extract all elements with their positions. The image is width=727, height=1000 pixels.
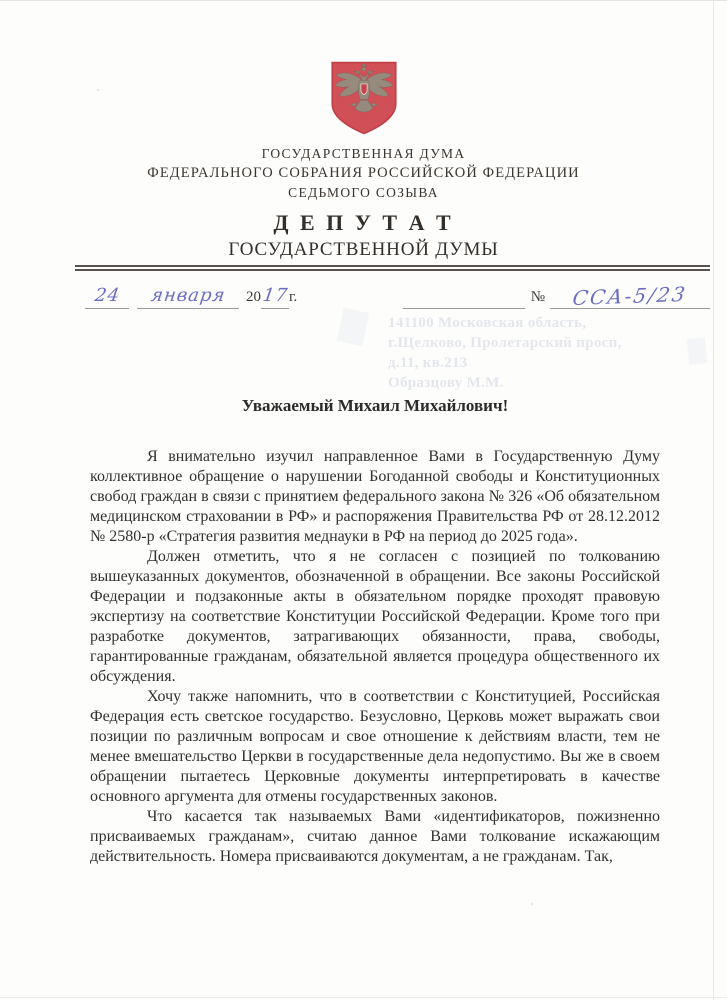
coat-of-arms-of-russia-icon (326, 61, 402, 135)
paragraph-2: Должен отметить, что я не согласен с поз… (90, 547, 660, 687)
scan-speck (97, 89, 99, 91)
bleedthrough-line: г.Щелково, Пролетарский просп, (388, 333, 668, 353)
number-blank-field (403, 284, 525, 309)
bleedthrough-line: 141100 Московская область, (388, 313, 668, 333)
handwritten-year: 17 (261, 284, 289, 308)
handwritten-month: января (149, 284, 227, 308)
letterhead-divider (75, 265, 710, 271)
letterhead-org-line3: СЕДЬМОГО СОЗЫВА (0, 185, 727, 201)
number-value-field: ССА-5/23 (550, 284, 710, 309)
bleedthrough-line: Образцову М.М. (388, 373, 668, 393)
letterhead-org-line1: ГОСУДАРСТВЕННАЯ ДУМА (0, 146, 727, 162)
scan-edge-top (0, 0, 727, 1)
letterhead: ГОСУДАРСТВЕННАЯ ДУМА ФЕДЕРАЛЬНОГО СОБРАН… (0, 146, 727, 261)
date-century-printed: 20 (246, 285, 261, 309)
number-label: № (531, 285, 545, 309)
letterhead-org-line2: ФЕДЕРАЛЬНОГО СОБРАНИЯ РОССИЙСКОЙ ФЕДЕРАЦ… (0, 165, 727, 182)
bleedthrough-smudge (687, 337, 708, 365)
handwritten-number: ССА-5/23 (571, 282, 688, 310)
bleedthrough-line: д.11, кв.213 (388, 353, 668, 373)
bleedthrough-smudge (337, 308, 370, 347)
scanned-letter-page: ГОСУДАРСТВЕННАЯ ДУМА ФЕДЕРАЛЬНОГО СОБРАН… (0, 0, 727, 1000)
salutation: Уважаемый Михаил Михайлович! (90, 396, 660, 416)
date-year-field: 17 (261, 284, 289, 309)
bleedthrough-address: 141100 Московская область, г.Щелково, Пр… (388, 313, 668, 393)
dateline: 24января2017г. №ССА-5/23 (85, 279, 710, 309)
letterhead-title: Д Е П У Т А Т (0, 210, 727, 236)
paragraph-3: Хочу также напомнить, что в соответствии… (90, 687, 660, 807)
scan-edge-bottom (0, 997, 727, 998)
scan-speck (531, 903, 533, 905)
number-group: №ССА-5/23 (403, 284, 710, 309)
paragraph-1: Я внимательно изучил направленное Вами в… (90, 447, 660, 547)
handwritten-day: 24 (93, 284, 121, 308)
letterhead-subtitle: ГОСУДАРСТВЕННОЙ ДУМЫ (0, 239, 727, 261)
date-day-field: 24 (85, 284, 129, 309)
paragraph-4: Что касается так называемых Вами «иденти… (90, 807, 660, 867)
date-group: 24января2017г. (85, 284, 297, 309)
date-suffix: г. (289, 285, 297, 309)
letter-body: Я внимательно изучил направленное Вами в… (90, 447, 660, 867)
date-month-field: января (137, 284, 239, 309)
